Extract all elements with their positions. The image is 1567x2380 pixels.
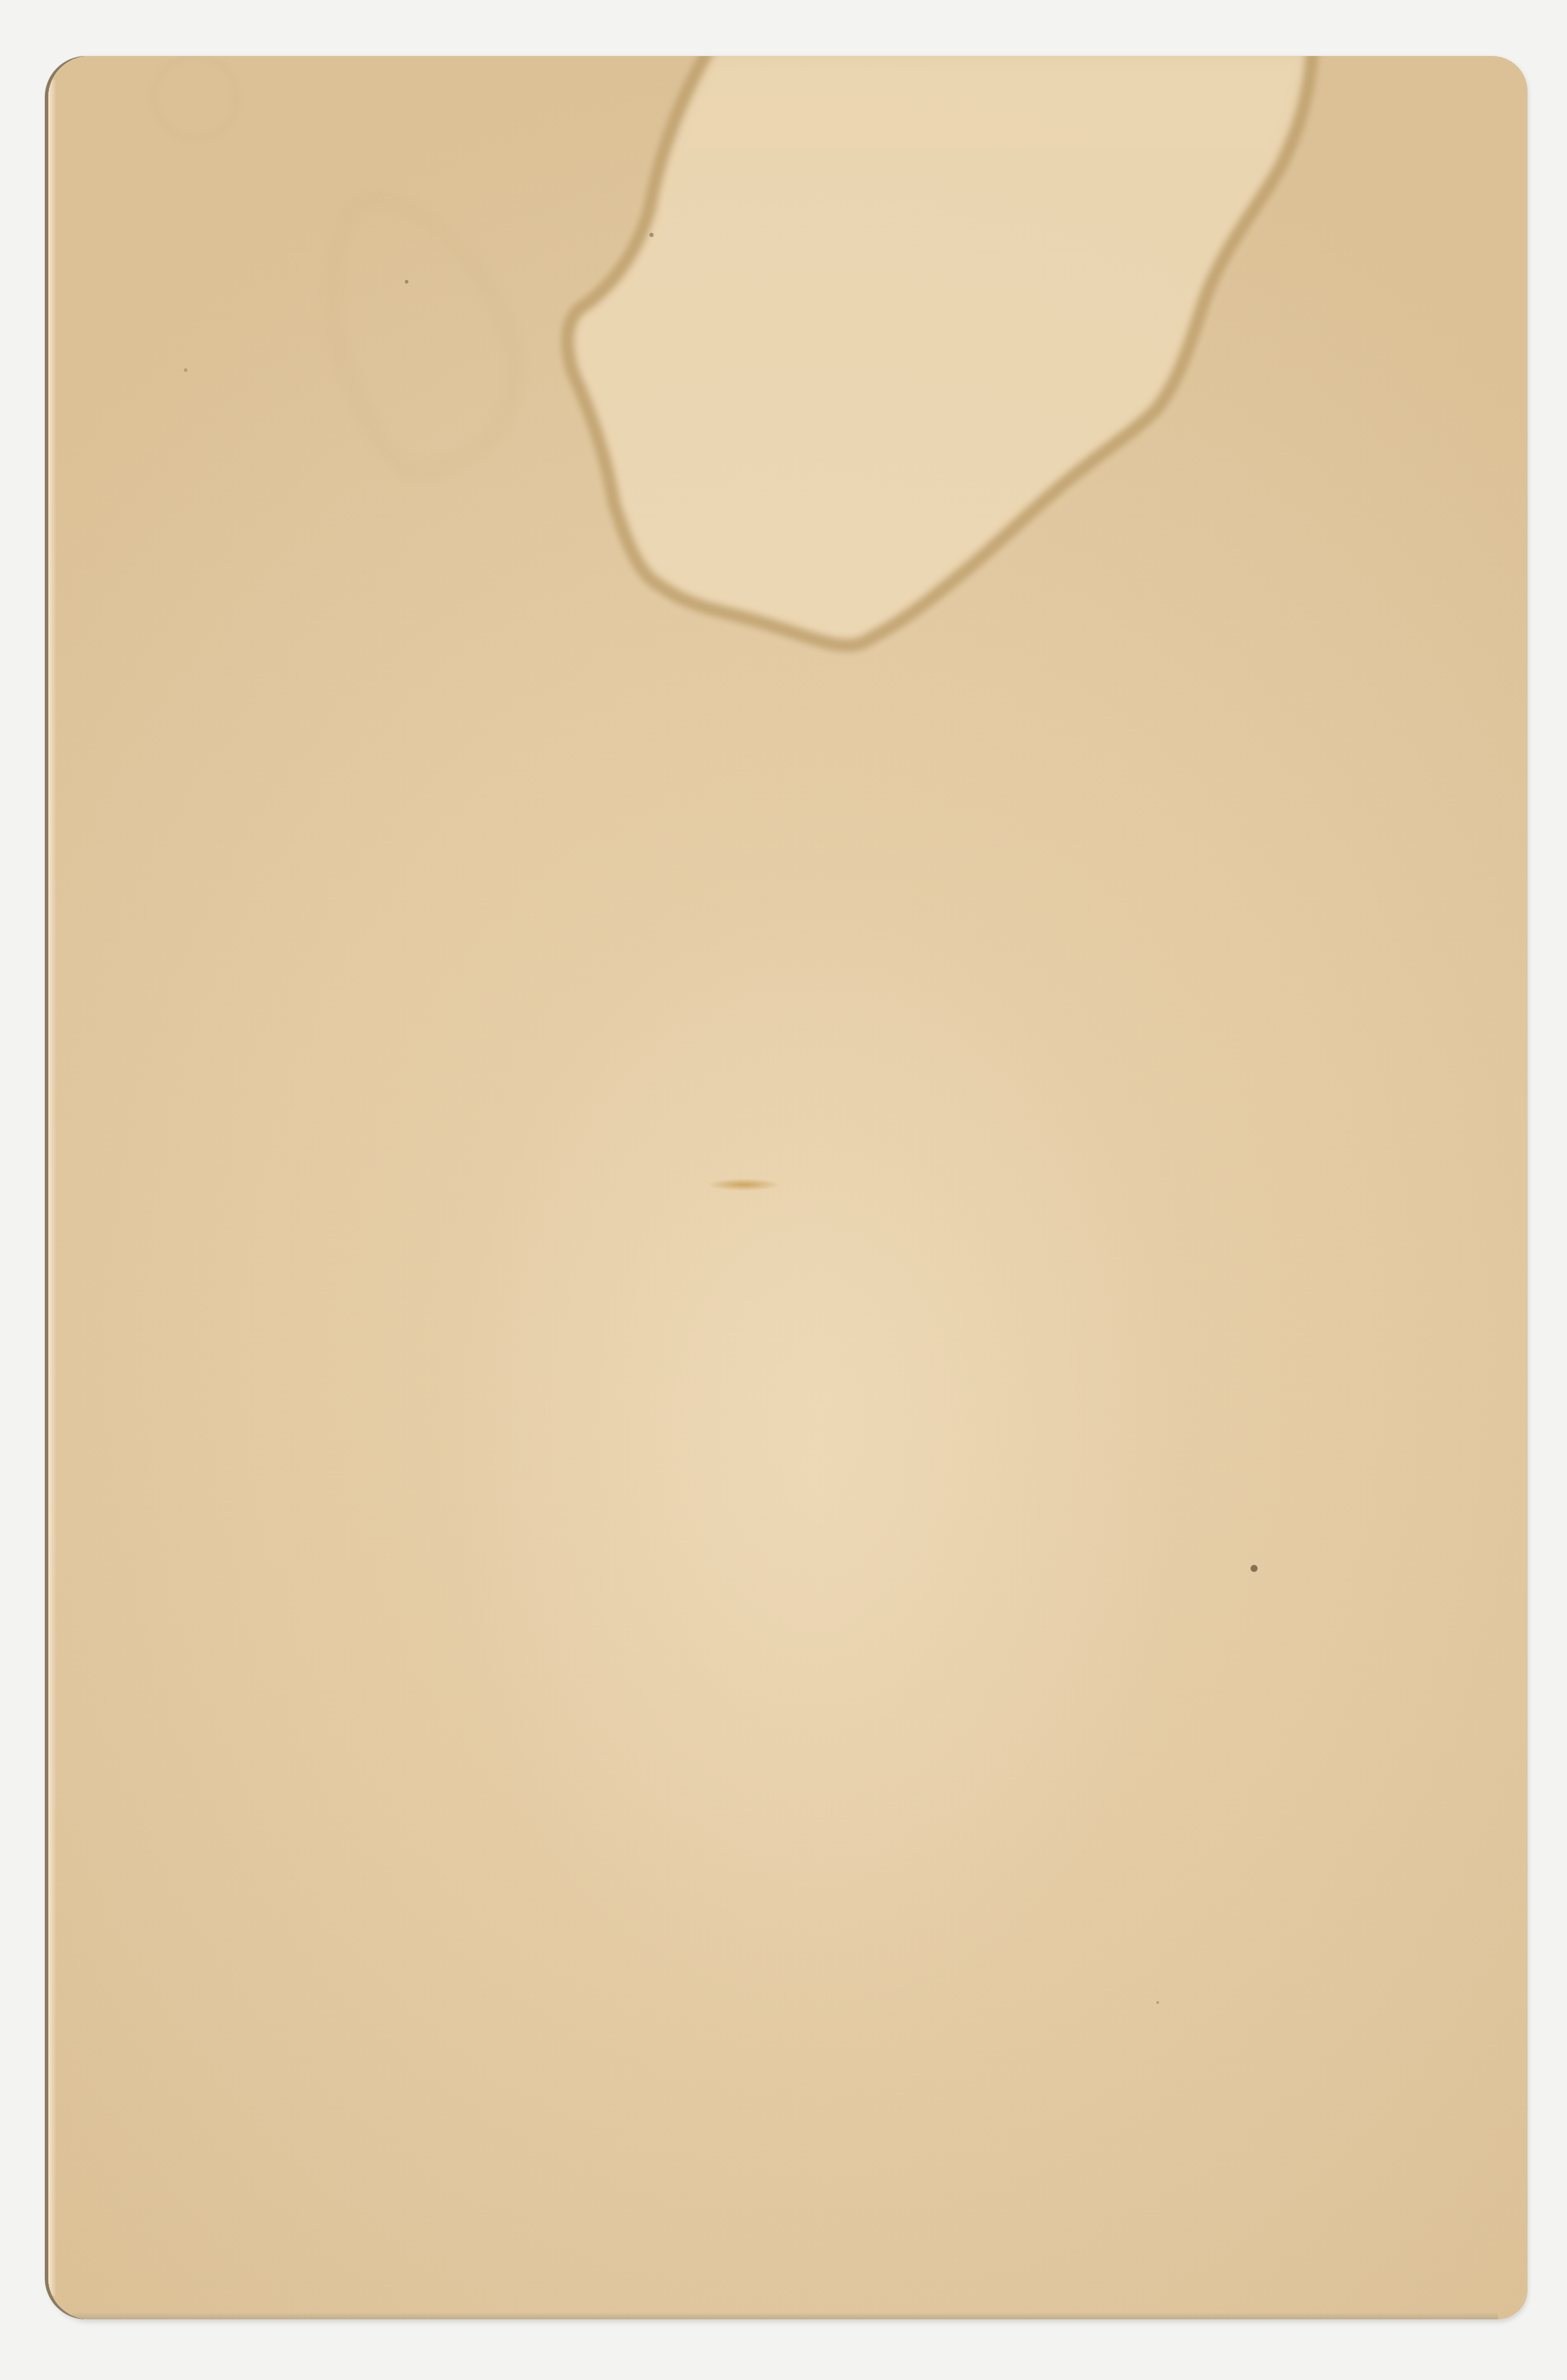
speck bbox=[405, 280, 408, 284]
water-stain bbox=[48, 56, 1528, 793]
dark-speck bbox=[1251, 1565, 1258, 1572]
card-bottom-edge bbox=[72, 2312, 1498, 2319]
speck bbox=[184, 368, 187, 372]
cabinet-card-back bbox=[48, 56, 1528, 2319]
speck bbox=[1156, 2001, 1159, 2004]
yellow-mark bbox=[708, 1179, 779, 1191]
scan-background bbox=[0, 0, 1567, 2380]
speck bbox=[649, 233, 654, 237]
